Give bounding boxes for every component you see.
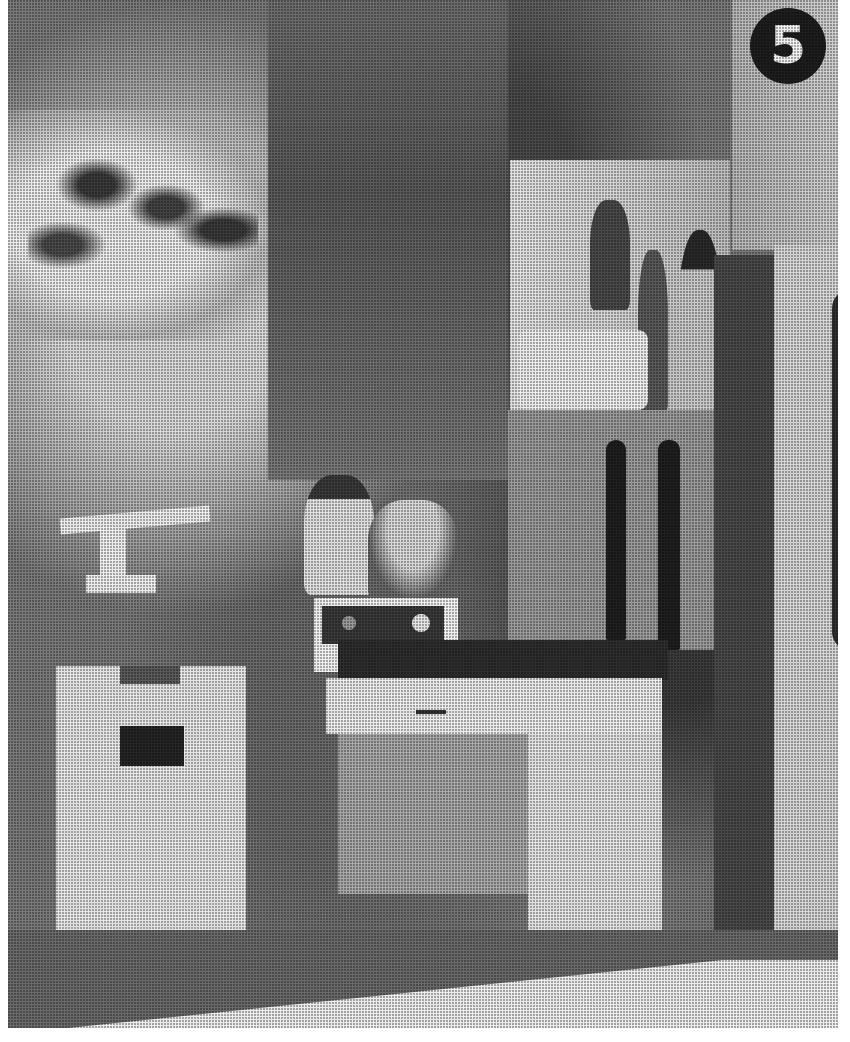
desk-shadow [338, 640, 668, 680]
desk-top [326, 678, 662, 734]
seated-worker-1 [304, 475, 374, 595]
pillar-light-face [774, 245, 838, 995]
photo-number-badge: 5 [750, 8, 826, 84]
left-cabinet-notch [120, 666, 180, 684]
left-cabinet-window [120, 726, 184, 766]
dark-stand-right [658, 440, 680, 650]
sign-stand-post [100, 525, 126, 575]
dial-icon [412, 614, 430, 632]
sign-stand-base [86, 575, 156, 593]
desk-kneehole [338, 734, 528, 894]
pillar-dark-side [714, 255, 774, 990]
desk-handle [416, 710, 446, 714]
photo-number-label: 5 [770, 16, 806, 76]
desk-pedestal [528, 734, 662, 940]
seated-worker-2 [368, 500, 458, 600]
central-dark-backdrop [268, 0, 508, 480]
dark-stand-left [606, 440, 626, 640]
left-cabinet [56, 666, 246, 956]
person-background-1 [590, 200, 630, 310]
halftone-photograph: 5 [8, 0, 838, 1028]
pillar-opening [832, 290, 838, 650]
dial-icon [342, 616, 356, 630]
back-table [518, 330, 648, 410]
tree-branches [28, 140, 258, 290]
